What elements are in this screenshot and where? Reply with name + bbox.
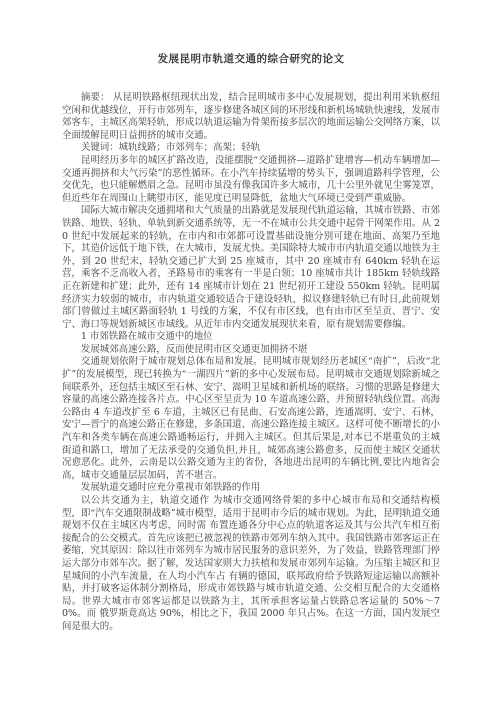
body-paragraph: 以公共交通为主，轨道交通作 为城市交通网络骨架的多中心城市布局和交通结构模型，即… <box>62 495 440 634</box>
section-heading: 发展轨道交通时应充分重视市郊铁路的作用 <box>62 482 440 495</box>
document-page: 发展昆明市轨道交通的综合研究的论文 摘要： 从昆明铁路枢纽现状出发，结合昆明城市… <box>0 0 500 707</box>
document-title: 发展昆明市轨道交通的综合研究的论文 <box>62 53 440 66</box>
body-paragraph: 交通规划依附于城市规划总体布局和发展。昆明城市规划经历老城区“南扩”，后改“北扩… <box>62 356 440 482</box>
body-paragraph: 昆明经历多年的城区扩路改造，没能摆脱“交通拥挤—道路扩建增容—机动车辆增加—交通… <box>62 155 440 205</box>
keywords-line: 关键词：城轨线路；市郊列车；高架；轻轨 <box>62 142 440 155</box>
section-heading: 1 市郊铁路在城市交通中的地位 <box>62 331 440 344</box>
document-body: 摘要： 从昆明铁路枢纽现状出发，结合昆明城市多中心发展规划，提出利用米轨枢纽空闲… <box>62 92 440 634</box>
section-heading: 发展城郊高速公路，反而使昆明市区交通更加拥挤不堪 <box>62 344 440 357</box>
body-paragraph: 国际大城市解决交通拥堵和大气质量的出路就是发展现代轨道运输，其城市铁路、市郊铁路… <box>62 205 440 331</box>
abstract-paragraph: 摘要： 从昆明铁路枢纽现状出发，结合昆明城市多中心发展规划，提出利用米轨枢纽空闲… <box>62 92 440 142</box>
